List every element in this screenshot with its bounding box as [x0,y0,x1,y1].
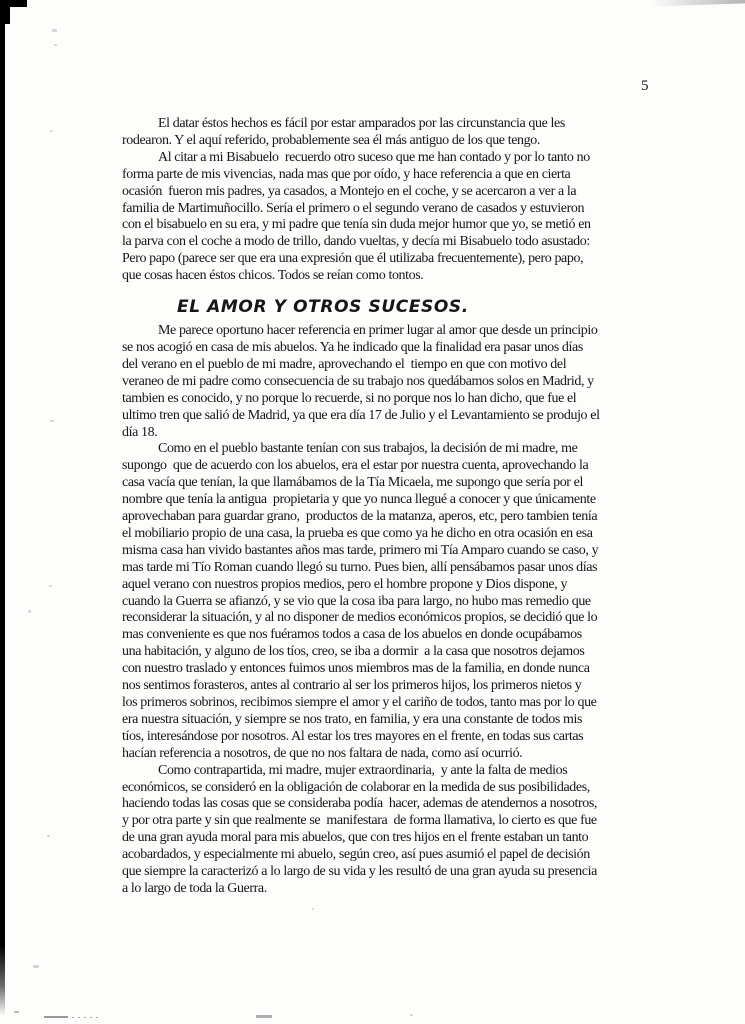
text-line: Como en el pueblo bastante tenían con su… [122,441,649,458]
text-line: económicos, se consideró en la obligació… [122,780,649,797]
scan-speck [52,29,57,32]
scan-speck [28,610,31,613]
text-line: a lo largo de toda la Guerra. [122,881,649,898]
scan-smudge-bottom [72,1017,102,1018]
text-line: tambien es conocido, y no porque lo recu… [122,391,649,408]
text-line: nombre que tenía la antigua propietaria … [122,492,649,509]
document-body: El datar éstos hechos es fácil por estar… [122,116,649,898]
scan-speck [47,835,50,837]
text-line: día 18. [122,425,649,442]
text-line: cuando la Guerra se afianzó, y se vio qu… [122,594,649,611]
scan-speck [410,1014,413,1016]
text-line: una habitación, y alguno de los tíos, cr… [122,644,649,661]
scan-smudge-bottom [256,1015,272,1018]
text-line: veraneo de mi padre como consecuencia de… [122,374,649,391]
text-line: se nos acogió en casa de mis abuelos. Ya… [122,340,649,357]
text-line: hacían referencia a nosotros, de que no … [122,746,649,763]
scan-speck [49,585,52,587]
text-line: Me parece oportuno hacer referencia en p… [122,323,649,340]
scan-edge-left [0,0,5,1016]
text-line: misma casa han vivido bastantes años mas… [122,543,649,560]
text-line: El datar éstos hechos es fácil por estar… [122,116,649,133]
text-line: familia de Martimuñocillo. Sería el prim… [122,201,649,218]
scan-edge-top-left-blob [0,0,10,24]
scan-speck [312,908,314,910]
text-line: Pero papo (parece ser que era una expres… [122,251,649,268]
text-line: Como contrapartida, mi madre, mujer extr… [122,763,649,780]
section-heading: EL AMOR Y OTROS SUCESOS. [177,297,649,317]
text-line: y por otra parte y sin que realmente se … [122,813,649,830]
text-line: con el bisabuelo en su era, y mi padre q… [122,217,649,234]
text-line: la parva con el coche a modo de trillo, … [122,234,649,251]
scan-speck [50,420,54,422]
text-line: ultimo tren que salió de Madrid, ya que … [122,408,649,425]
text-line: mas tarde mi Tío Roman cuando llegó su t… [122,560,649,577]
scan-edge-top-left [0,0,27,7]
text-line: nos sentimos forasteros, antes al contra… [122,678,649,695]
text-line: de una gran ayuda moral para mis abuelos… [122,830,649,847]
scan-streak-top-right [650,0,745,7]
text-line: aquel verano con nuestros propios medios… [122,577,649,594]
text-line: Al citar a mi Bisabuelo recuerdo otro su… [122,150,649,167]
text-line: tíos, interesándose por nosotros. Al est… [122,729,649,746]
scan-smudge-bottom [44,1016,68,1018]
text-line: rodearon. Y el aquí referido, probableme… [122,133,649,150]
text-line: aprovechaban para guardar grano, product… [122,509,649,526]
page-number: 5 [641,78,649,95]
text-line: que cosas hacen éstos chicos. Todos se r… [122,268,649,285]
text-line: haciendo todas las cosas que se consider… [122,796,649,813]
scan-speck [33,965,39,968]
text-line: ocasión fueron mis padres, ya casados, a… [122,184,649,201]
text-line: que siempre la caracterizó a lo largo de… [122,864,649,881]
text-line: mas conveniente es que nos fuéramos todo… [122,627,649,644]
text-line: el mobiliario propio de una casa, la pru… [122,526,649,543]
text-line: forma parte de mis vivencias, nada mas q… [122,167,649,184]
scan-speck [50,130,53,132]
text-line: acobardados, y especialmente mi abuelo, … [122,847,649,864]
text-line: con nuestro traslado y entonces fuimos u… [122,661,649,678]
scan-smudge-bottom [14,1011,19,1013]
text-line: los primeros sobrinos, recibimos siempre… [122,695,649,712]
text-line: supongo que de acuerdo con los abuelos, … [122,458,649,475]
text-line: casa vacía que tenían, la que llamábamos… [122,475,649,492]
text-line: era nuestra situación, y siempre se nos … [122,712,649,729]
scan-speck [54,44,57,46]
text-line: reconsiderar la situación, y al no dispo… [122,610,649,627]
text-line: del verano en el pueblo de mi madre, apr… [122,357,649,374]
scanned-page: 5 El datar éstos hechos es fácil por est… [0,0,745,1024]
